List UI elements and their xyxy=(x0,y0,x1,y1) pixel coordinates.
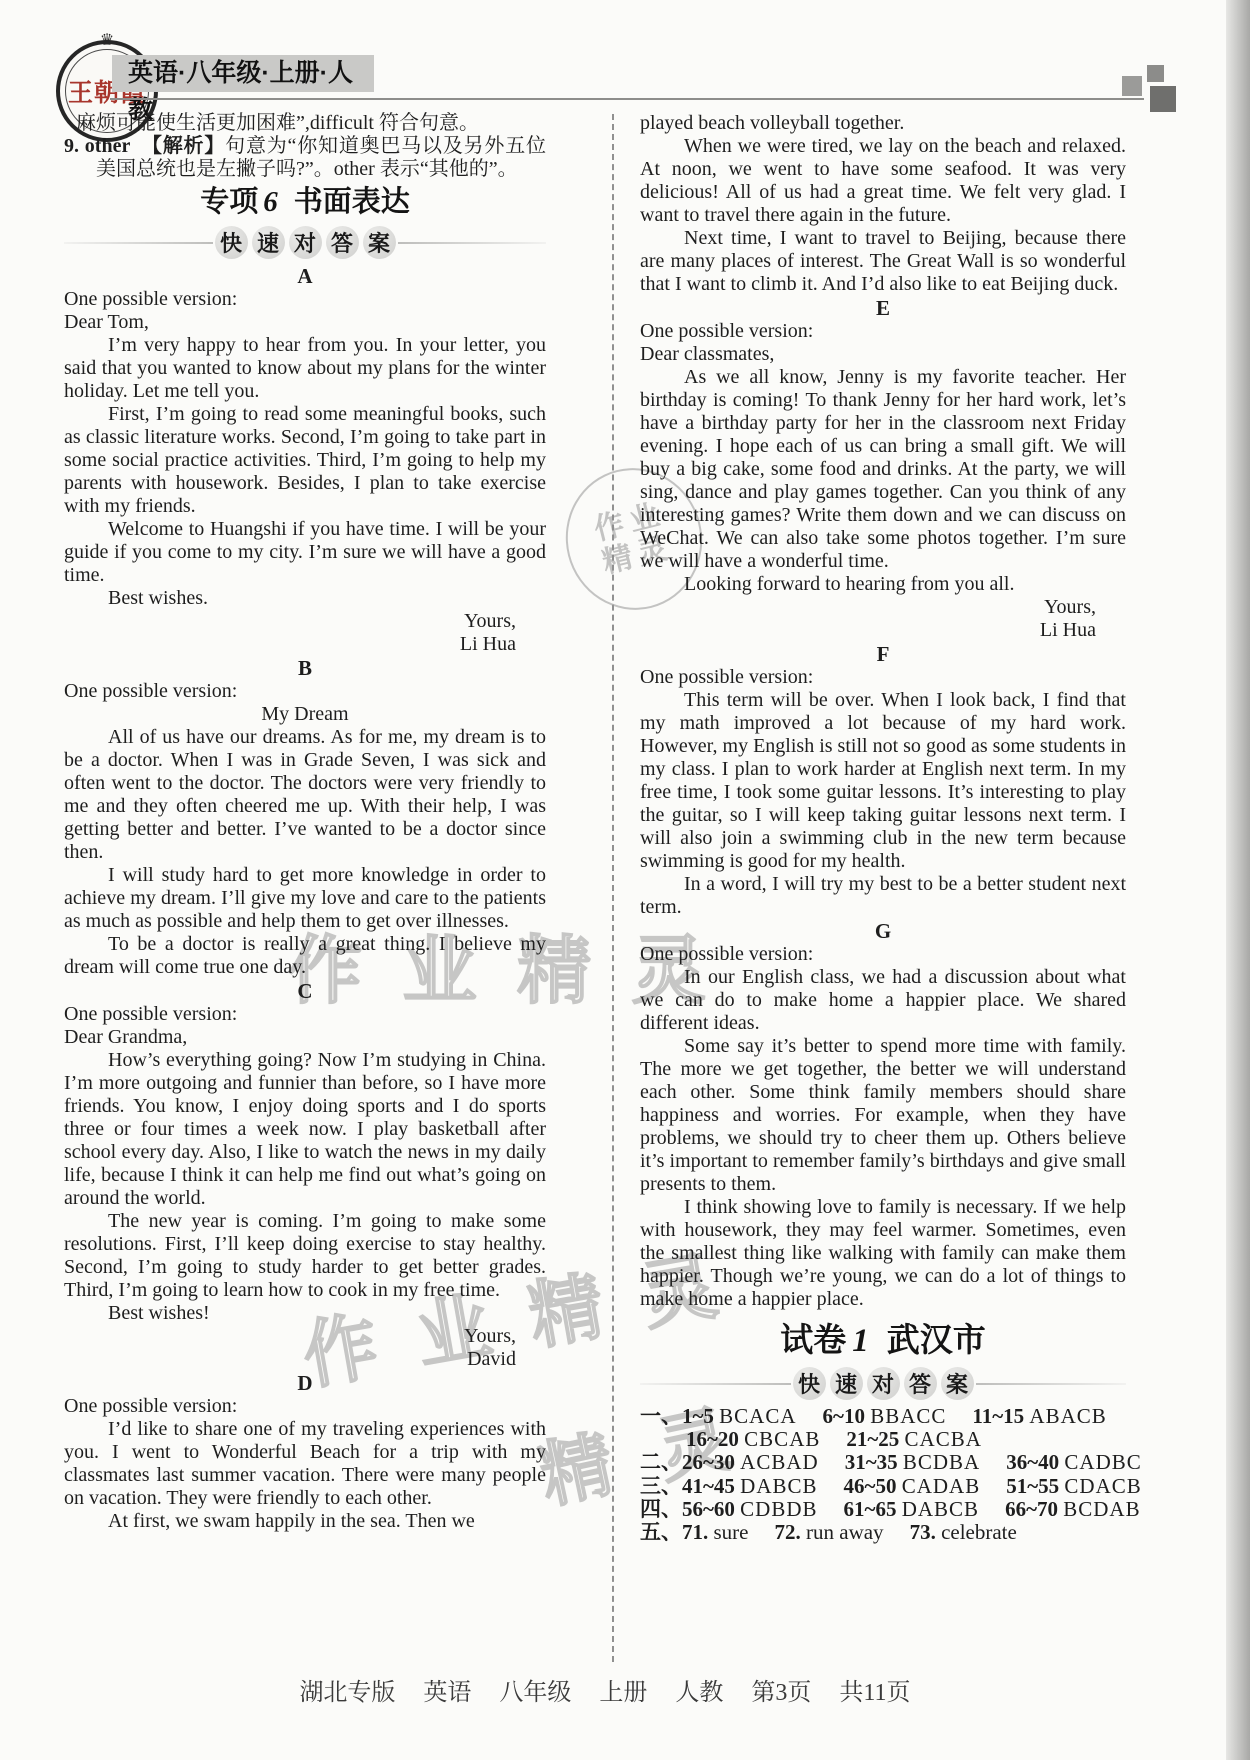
answer-letters: CDBDB xyxy=(740,1497,817,1521)
section-title-prefix: 专项 xyxy=(200,186,258,218)
answer-letters: CADBC xyxy=(1064,1450,1141,1474)
answer-row-5: 五、71. sure72. run away73. celebrate xyxy=(640,1521,1126,1544)
answer-range: 51~55 xyxy=(1006,1474,1059,1498)
essay-e-opv: One possible version: xyxy=(640,320,1126,343)
essay-e-signature: Yours, xyxy=(640,596,1126,619)
paper1-title-number: 1 xyxy=(852,1323,869,1359)
answer-range: 21~25 xyxy=(846,1427,899,1451)
answer-range: 56~60 xyxy=(682,1497,735,1521)
corner-square-icon xyxy=(1147,65,1164,82)
essay-a-paragraph: I’m very happy to hear from you. In your… xyxy=(64,334,546,403)
essay-b-paragraph: To be a doctor is really a great thing. … xyxy=(64,933,546,979)
answer-number: 73. xyxy=(910,1520,936,1544)
scan-edge-shadow xyxy=(1226,0,1250,1760)
essay-a-paragraph: Welcome to Huangshi if you have time. I … xyxy=(64,518,546,587)
essay-b-opv: One possible version: xyxy=(64,680,546,703)
essay-e-paragraph: As we all know, Jenny is my favorite tea… xyxy=(640,366,1126,573)
answer-row-label: 三、 xyxy=(640,1474,682,1498)
badge-char: 速 xyxy=(830,1367,863,1400)
answer-row-1: 一、1~5 BCACA6~10 BBACC11~15 ABACB xyxy=(640,1405,1126,1428)
essay-f-paragraph: This term will be over. When I look back… xyxy=(640,689,1126,873)
answer-letters: CDACB xyxy=(1064,1474,1141,1498)
answer-word: celebrate xyxy=(941,1520,1017,1544)
essay-g-paragraph: Some say it’s better to spend more time … xyxy=(640,1035,1126,1196)
answer-word: run away xyxy=(806,1520,884,1544)
answer-range: 31~35 xyxy=(845,1450,898,1474)
answer-range: 41~45 xyxy=(682,1474,735,1498)
answer-range: 66~70 xyxy=(1005,1497,1058,1521)
corner-square-icon xyxy=(1150,86,1176,112)
essay-b-paragraph: All of us have our dreams. As for me, my… xyxy=(64,726,546,864)
paper1-title-prefix: 试卷 xyxy=(780,1321,846,1358)
section-title: 专项6书面表达 xyxy=(64,181,546,223)
essay-d-opv: One possible version: xyxy=(64,1395,546,1418)
essay-a-salutation: Dear Tom, xyxy=(64,311,546,334)
essay-c-paragraph: The new year is coming. I’m going to mak… xyxy=(64,1210,546,1302)
answer-range: 36~40 xyxy=(1006,1450,1059,1474)
answer-letters: ABACB xyxy=(1029,1404,1106,1428)
essay-b-heading: B xyxy=(64,656,546,680)
paper1-title-city: 武汉市 xyxy=(887,1321,986,1358)
crown-icon: ♛ xyxy=(100,30,114,50)
answer-letters: BCDBA xyxy=(903,1450,980,1474)
answer-row-label: 二、 xyxy=(640,1450,682,1474)
answer-letters: BCACA xyxy=(719,1404,796,1428)
answer-range: 26~30 xyxy=(682,1450,735,1474)
essay-d-continuation: When we were tired, we lay on the beach … xyxy=(640,135,1126,227)
answer-letters: DABCB xyxy=(902,1497,979,1521)
answer-letters: DABCB xyxy=(740,1474,817,1498)
quick-answer-badge: 快 速 对 答 案 xyxy=(64,226,546,259)
essay-a-closing: Best wishes. xyxy=(64,587,546,610)
badge-char: 对 xyxy=(867,1367,900,1400)
answer-range: 11~15 xyxy=(972,1404,1024,1428)
essay-a-heading: A xyxy=(64,264,546,288)
essay-e-heading: E xyxy=(640,296,1126,320)
answer-row-4: 四、56~60 CDBDB61~65 DABCB66~70 BCDAB xyxy=(640,1498,1126,1521)
answer-letters: CADAB xyxy=(902,1474,981,1498)
essay-f-opv: One possible version: xyxy=(640,666,1126,689)
header-rule xyxy=(110,98,1144,100)
answer-letters: CACBA xyxy=(905,1427,982,1451)
answer-word: sure xyxy=(714,1520,749,1544)
essay-e-signature: Li Hua xyxy=(640,619,1126,642)
essay-a-signature: Li Hua xyxy=(64,633,546,656)
corner-square-icon xyxy=(1122,76,1142,96)
analysis-tag: 【解析】 xyxy=(142,135,225,157)
essay-g-heading: G xyxy=(640,919,1126,943)
column-divider xyxy=(612,114,614,1662)
answer-letters: BCDAB xyxy=(1063,1497,1140,1521)
left-column: 麻烦可能使生活更加困难”,difficult 符合句意。 9. other 【解… xyxy=(64,112,546,1533)
section-title-number: 6 xyxy=(263,186,278,218)
badge-char: 对 xyxy=(289,226,322,259)
answer-letters: BBACC xyxy=(870,1404,946,1428)
essay-a-signature: Yours, xyxy=(64,610,546,633)
answer-range: 1~5 xyxy=(682,1404,714,1428)
essay-g-paragraph: In our English class, we had a discussio… xyxy=(640,966,1126,1035)
explanation-paragraph: 麻烦可能使生活更加困难”,difficult 符合句意。 xyxy=(64,112,546,135)
essay-c-signature: Yours, xyxy=(64,1325,546,1348)
essay-e-salutation: Dear classmates, xyxy=(640,343,1126,366)
badge-char: 答 xyxy=(904,1367,937,1400)
badge-char: 速 xyxy=(252,226,285,259)
essay-b-paragraph: I will study hard to get more knowledge … xyxy=(64,864,546,933)
answer-item-9-key: 9. other xyxy=(64,135,130,157)
essay-c-paragraph: How’s everything going? Now I’m studying… xyxy=(64,1049,546,1210)
badge-char: 案 xyxy=(363,226,396,259)
section-title-rest: 书面表达 xyxy=(294,186,410,218)
answer-letters: CBCAB xyxy=(744,1427,820,1451)
answer-row-label: 五、 xyxy=(640,1520,682,1544)
answer-row-3: 三、41~45 DABCB46~50 CADAB51~55 CDACB xyxy=(640,1475,1126,1498)
essay-f-paragraph: In a word, I will try my best to be a be… xyxy=(640,873,1126,919)
quick-answer-badge: 快 速 对 答 案 xyxy=(640,1367,1126,1400)
essay-f-heading: F xyxy=(640,642,1126,666)
answer-item-9: 9. other 【解析】句意为“你知道奥巴马以及另外五位美国总统也是左撇子吗?… xyxy=(64,135,546,181)
page-footer: 湖北专版 英语 八年级 上册 人教 第3页 共11页 xyxy=(65,1672,1145,1707)
essay-c-heading: C xyxy=(64,979,546,1003)
essay-e-paragraph: Looking forward to hearing from you all. xyxy=(640,573,1126,596)
paper1-title: 试卷1武汉市 xyxy=(640,1317,1126,1364)
essay-c-opv: One possible version: xyxy=(64,1003,546,1026)
badge-char: 案 xyxy=(941,1367,974,1400)
badge-char: 快 xyxy=(793,1367,826,1400)
badge-char: 答 xyxy=(326,226,359,259)
essay-c-signature: David xyxy=(64,1348,546,1371)
essay-a-opv: One possible version: xyxy=(64,288,546,311)
answer-range: 6~10 xyxy=(823,1404,865,1428)
essay-b-title: My Dream xyxy=(64,703,546,726)
answer-row-label: 四、 xyxy=(640,1497,682,1521)
essay-d-continuation: Next time, I want to travel to Beijing, … xyxy=(640,227,1126,296)
answer-number: 71. xyxy=(682,1520,708,1544)
answer-range: 46~50 xyxy=(844,1474,897,1498)
answer-range: 61~65 xyxy=(844,1497,897,1521)
essay-a-paragraph: First, I’m going to read some meaningful… xyxy=(64,403,546,518)
header-title-bar: 英语·八年级·上册·人教 xyxy=(112,55,374,92)
essay-g-opv: One possible version: xyxy=(640,943,1126,966)
badge-char: 快 xyxy=(215,226,248,259)
essay-d-paragraph: At first, we swam happily in the sea. Th… xyxy=(64,1510,546,1533)
answer-letters: ACBAD xyxy=(740,1450,819,1474)
essay-d-continuation: played beach volleyball together. xyxy=(640,112,1126,135)
essay-d-paragraph: I’d like to share one of my traveling ex… xyxy=(64,1418,546,1510)
scanned-answer-page: ♛ 王朝霞 英语·八年级·上册·人教 作 业 精 灵 作 业 精 灵 精 灵 作… xyxy=(0,0,1250,1760)
essay-g-paragraph: I think showing love to family is necess… xyxy=(640,1196,1126,1311)
essay-c-closing: Best wishes! xyxy=(64,1302,546,1325)
answer-row-label: 一、 xyxy=(640,1404,682,1428)
answer-row-1b: 16~20 CBCAB21~25 CACBA xyxy=(640,1428,1126,1451)
essay-d-heading: D xyxy=(64,1371,546,1395)
essay-c-salutation: Dear Grandma, xyxy=(64,1026,546,1049)
answer-number: 72. xyxy=(775,1520,801,1544)
answer-range: 16~20 xyxy=(686,1427,739,1451)
right-column: played beach volleyball together. When w… xyxy=(640,112,1126,1544)
answer-row-2: 二、26~30 ACBAD31~35 BCDBA36~40 CADBC xyxy=(640,1451,1126,1474)
